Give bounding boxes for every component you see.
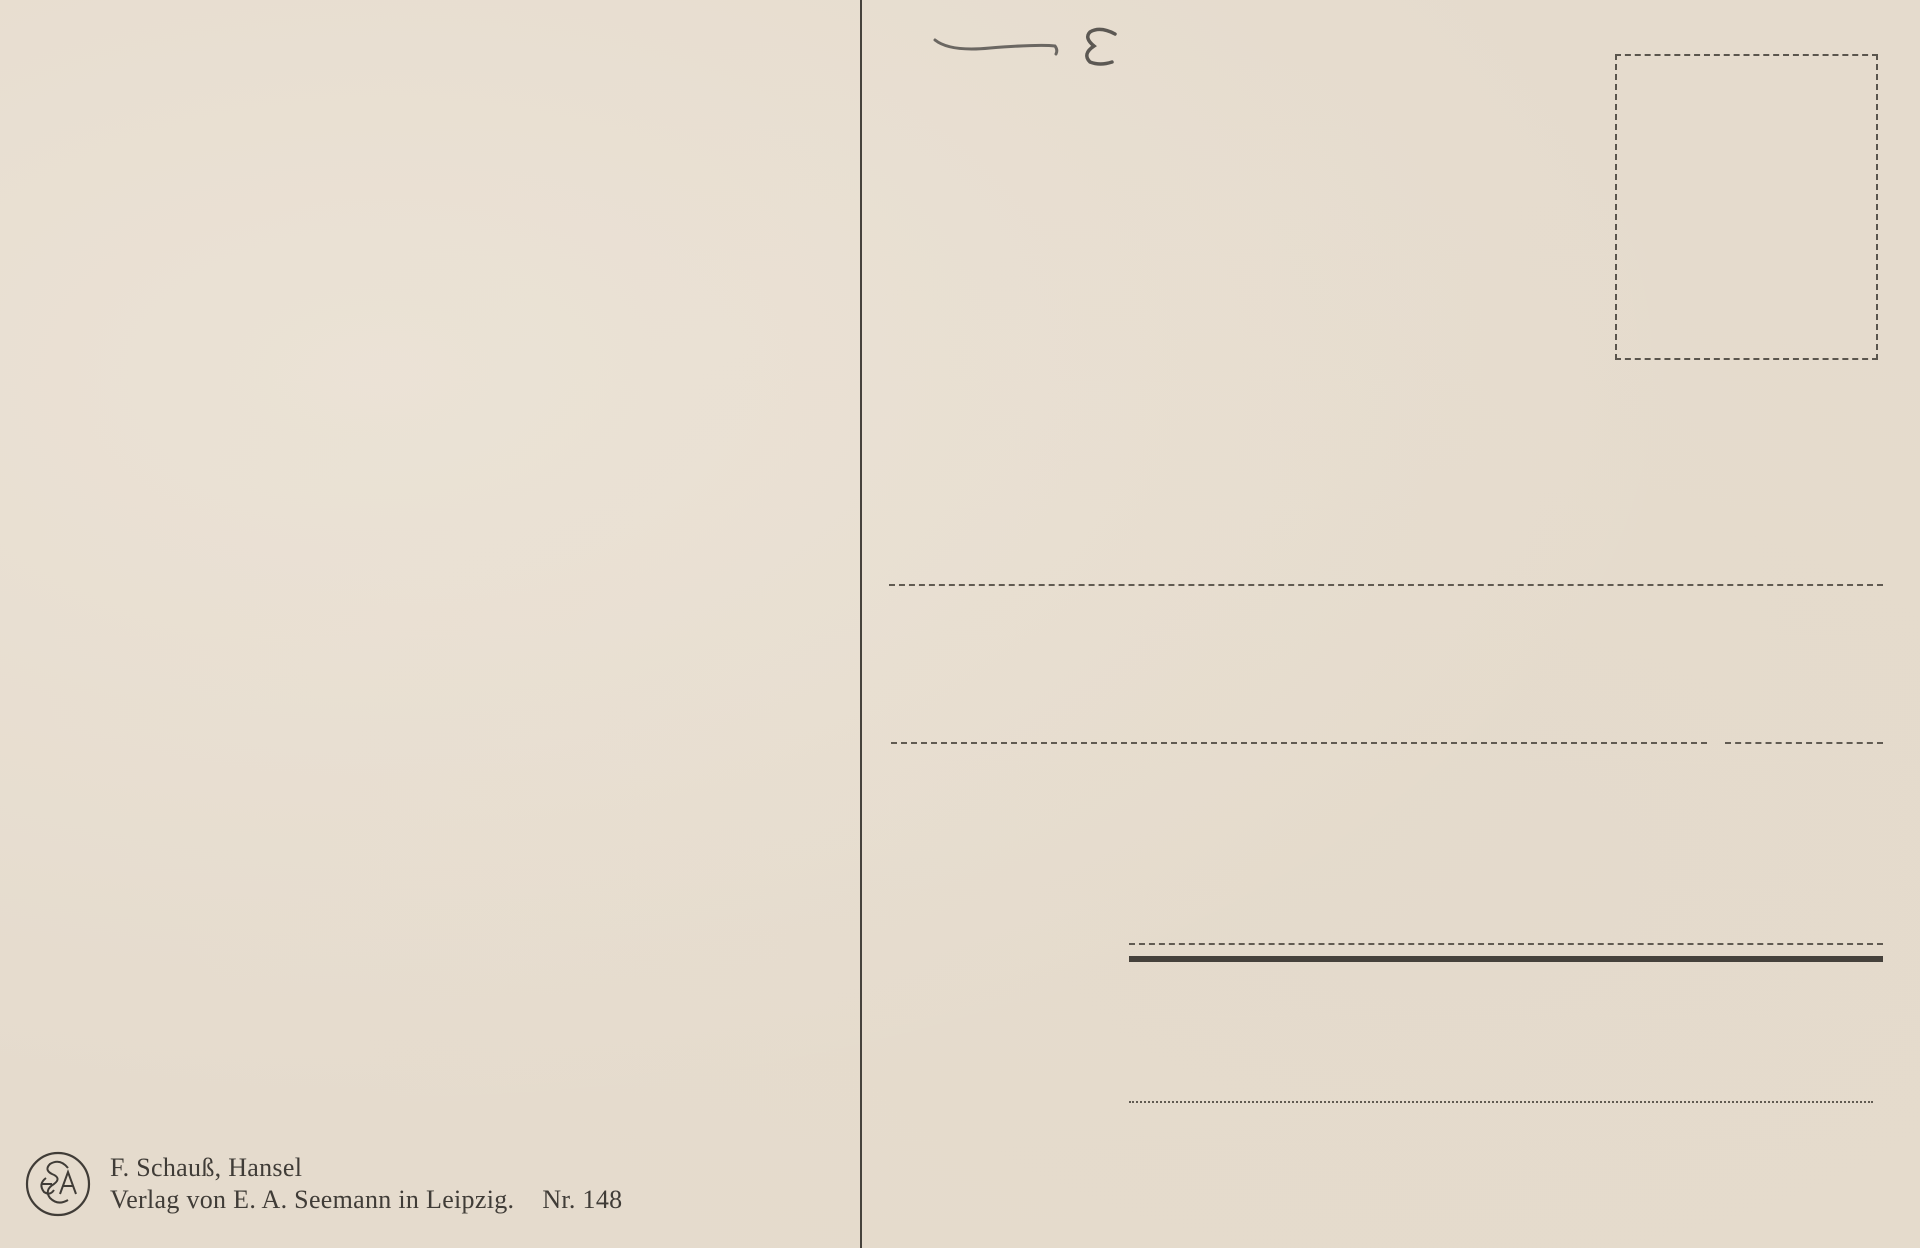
postcard-back: F. Schauß, Hansel Verlag von E. A. Seema… (0, 0, 1920, 1248)
address-line-2-suffix (1725, 742, 1883, 744)
artwork-credit: F. Schauß, Hansel (110, 1152, 622, 1184)
address-line-3 (1129, 943, 1883, 945)
esa-monogram-logo-icon (24, 1150, 92, 1218)
address-underline-thick (1129, 956, 1883, 962)
stamp-box (1615, 54, 1878, 360)
address-line-4 (1129, 1101, 1873, 1103)
center-divider-line (860, 0, 862, 1248)
card-number: Nr. 148 (542, 1184, 622, 1216)
address-line-2 (891, 742, 1707, 744)
address-line-1 (889, 584, 1883, 586)
handwritten-pencil-mark (930, 20, 1150, 80)
publisher-name: Verlag von E. A. Seemann in Leipzig. (110, 1184, 514, 1216)
publisher-imprint: F. Schauß, Hansel Verlag von E. A. Seema… (24, 1150, 622, 1218)
